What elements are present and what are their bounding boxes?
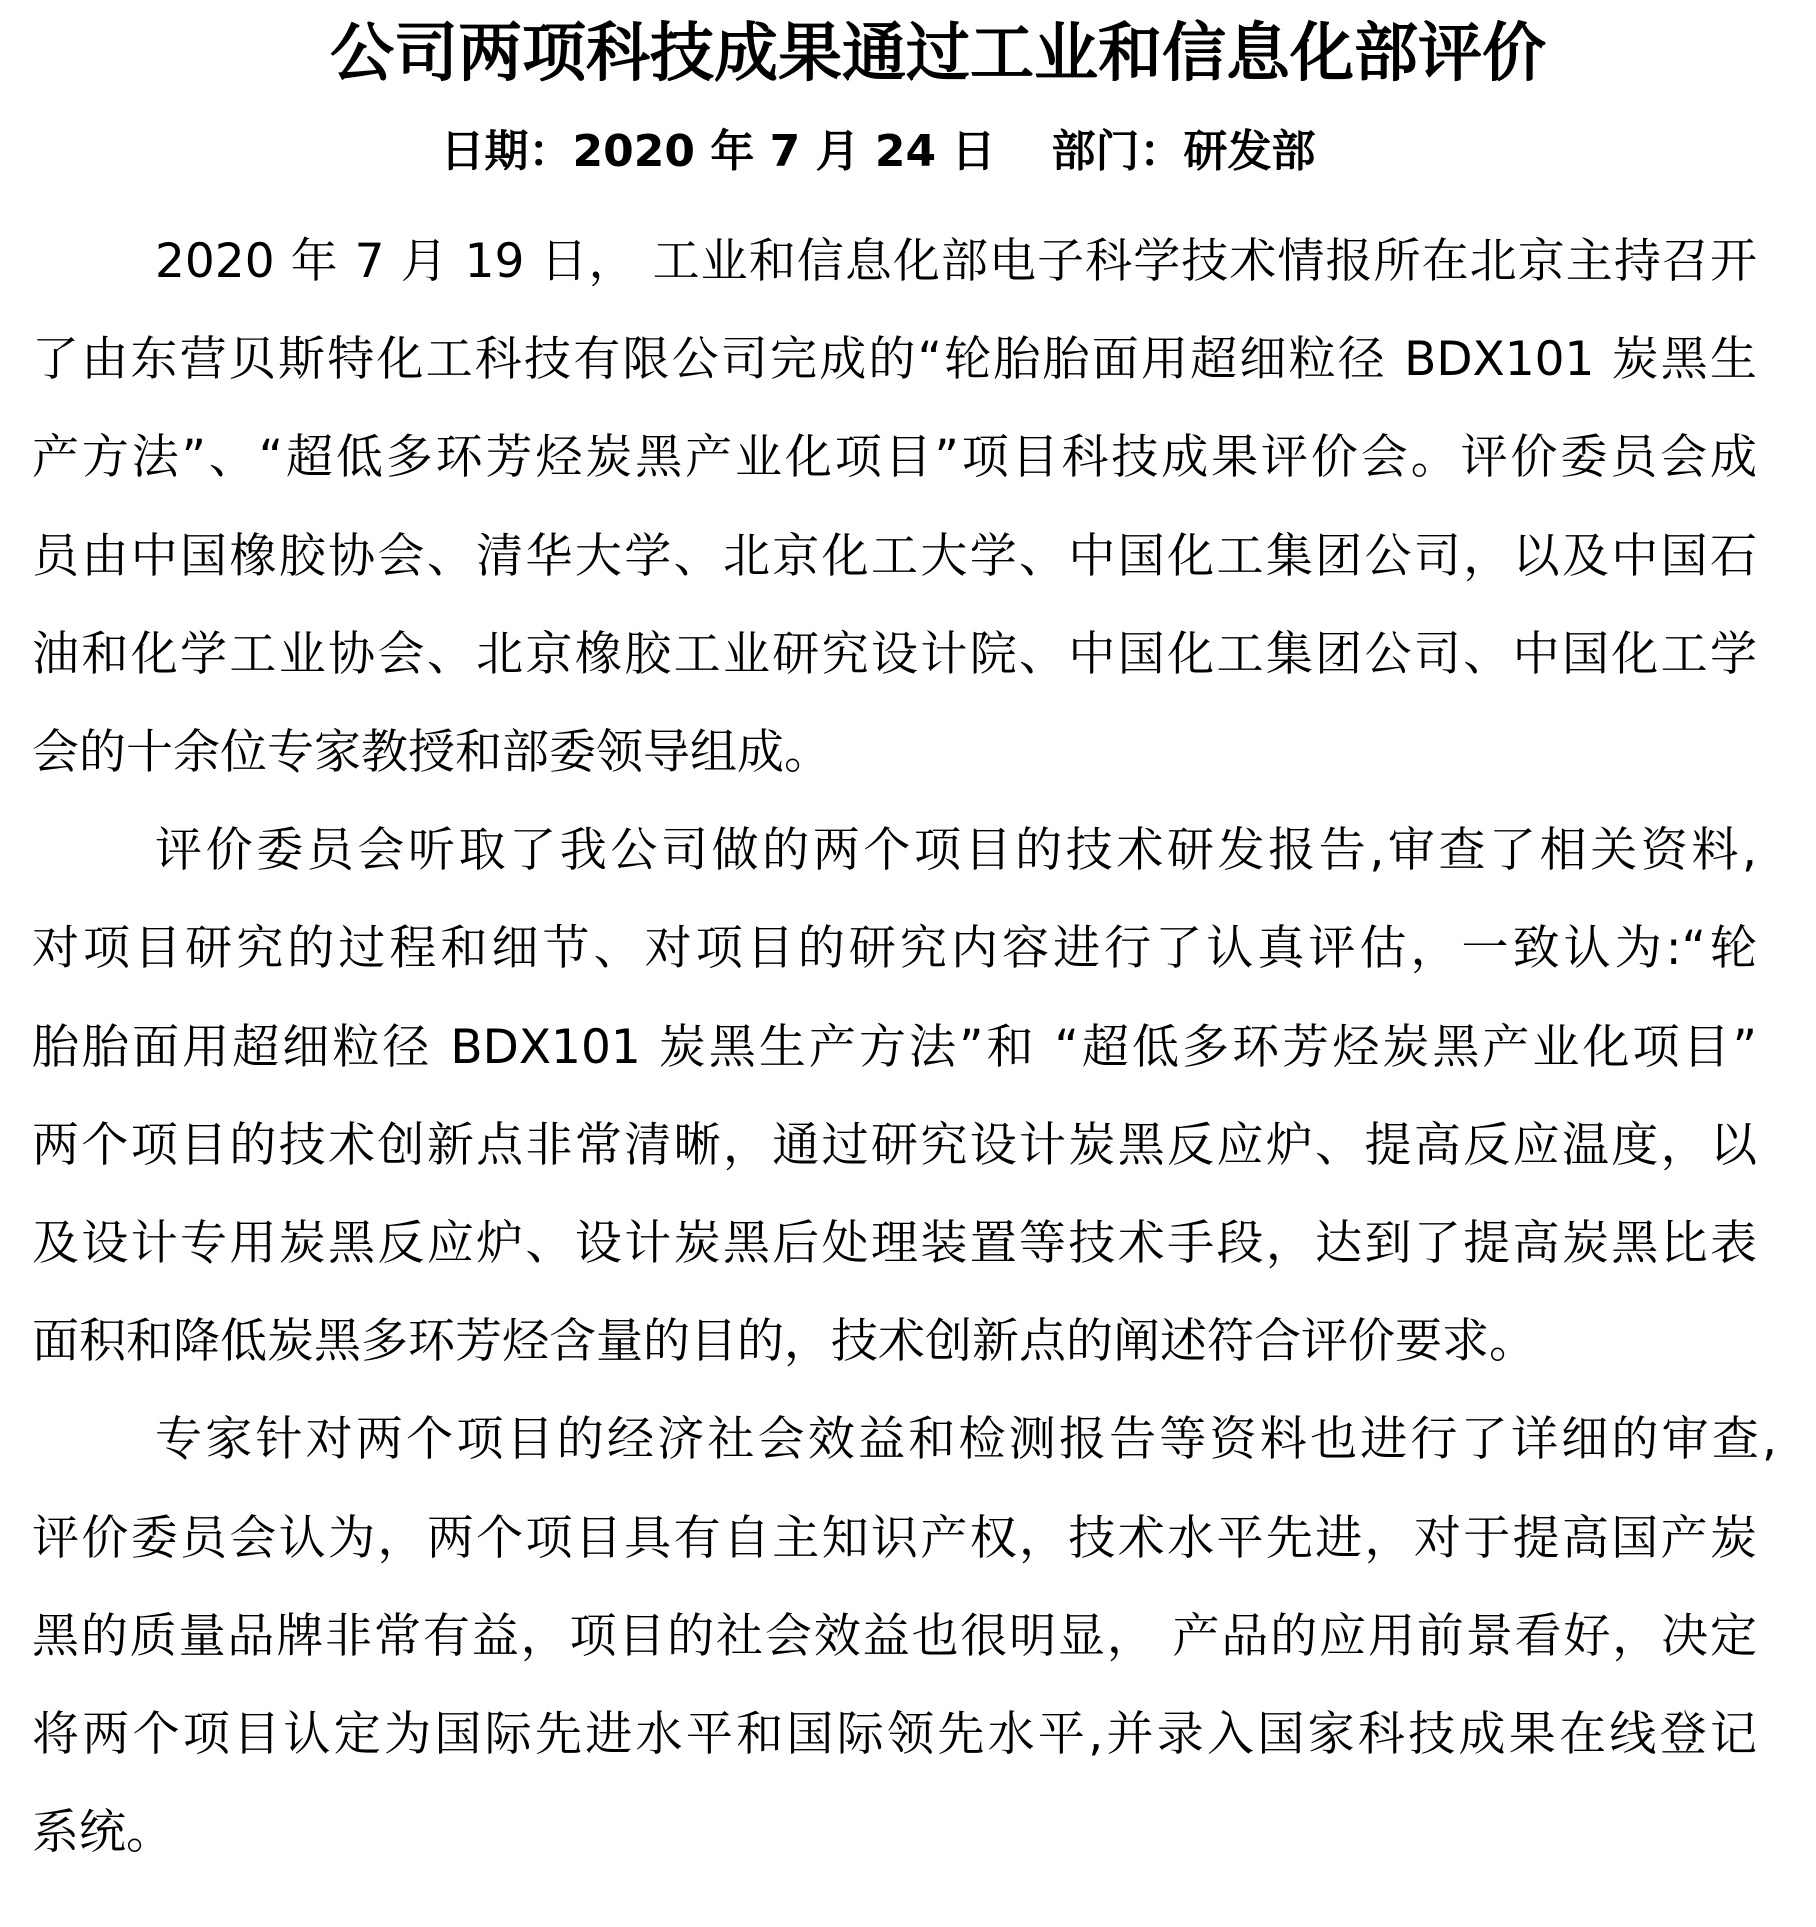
paragraph-line: 系统。 (32, 1784, 1757, 1882)
article-department: 部门：研发部 (1051, 124, 1315, 180)
paragraph-line: 专家针对两个项目的经济社会效益和检测报告等资料也进行了详细的审查, (155, 1391, 1777, 1489)
paragraph-line: 将两个项目认定为国际先进水平和国际领先水平,并录入国家科技成果在线登记 (32, 1686, 1757, 1784)
paragraph-line: 评价委员会认为，两个项目具有自主知识产权，技术水平先进，对于提高国产炭 (32, 1490, 1757, 1588)
paragraph-line: 黑的质量品牌非常有益，项目的社会效益也很明显， 产品的应用前景看好，决定 (32, 1588, 1757, 1686)
article-title: 公司两项科技成果通过工业和信息化部评价 (0, 14, 1816, 94)
article-date: 日期：2020 年 7 月 24 日 (441, 124, 996, 180)
paragraph-line: 胎胎面用超细粒径 BDX101 炭黑生产方法”和 “超低多环芳烃炭黑产业化项目” (32, 999, 1757, 1097)
paragraph-line: 及设计专用炭黑反应炉、设计炭黑后处理装置等技术手段，达到了提高炭黑比表 (32, 1195, 1757, 1293)
paragraph-line: 了由东营贝斯特化工科技有限公司完成的“轮胎胎面用超细粒径 BDX101 炭黑生 (32, 311, 1757, 409)
paragraph-line: 评价委员会听取了我公司做的两个项目的技术研发报告,审查了相关资料, (155, 802, 1757, 900)
paragraph-line: 油和化学工业协会、北京橡胶工业研究设计院、中国化工集团公司、中国化工学 (32, 606, 1757, 704)
paragraph-line: 产方法”、“超低多环芳烃炭黑产业化项目”项目科技成果评价会。评价委员会成 (32, 409, 1757, 507)
paragraph-line: 会的十余位专家教授和部委领导组成。 (32, 704, 1757, 802)
paragraph-line: 员由中国橡胶协会、清华大学、北京化工大学、中国化工集团公司，以及中国石 (32, 508, 1757, 606)
article-meta: 日期：2020 年 7 月 24 日部门：研发部 (0, 124, 1816, 180)
paragraph-line: 2020 年 7 月 19 日， 工业和信息化部电子科学技术情报所在北京主持召开 (155, 213, 1757, 311)
paragraph-line: 两个项目的技术创新点非常清晰，通过研究设计炭黑反应炉、提高反应温度，以 (32, 1097, 1757, 1195)
paragraph-line: 对项目研究的过程和细节、对项目的研究内容进行了认真评估，一致认为:“轮 (32, 900, 1757, 998)
paragraph-line: 面积和降低炭黑多环芳烃含量的目的，技术创新点的阐述符合评价要求。 (32, 1293, 1757, 1391)
